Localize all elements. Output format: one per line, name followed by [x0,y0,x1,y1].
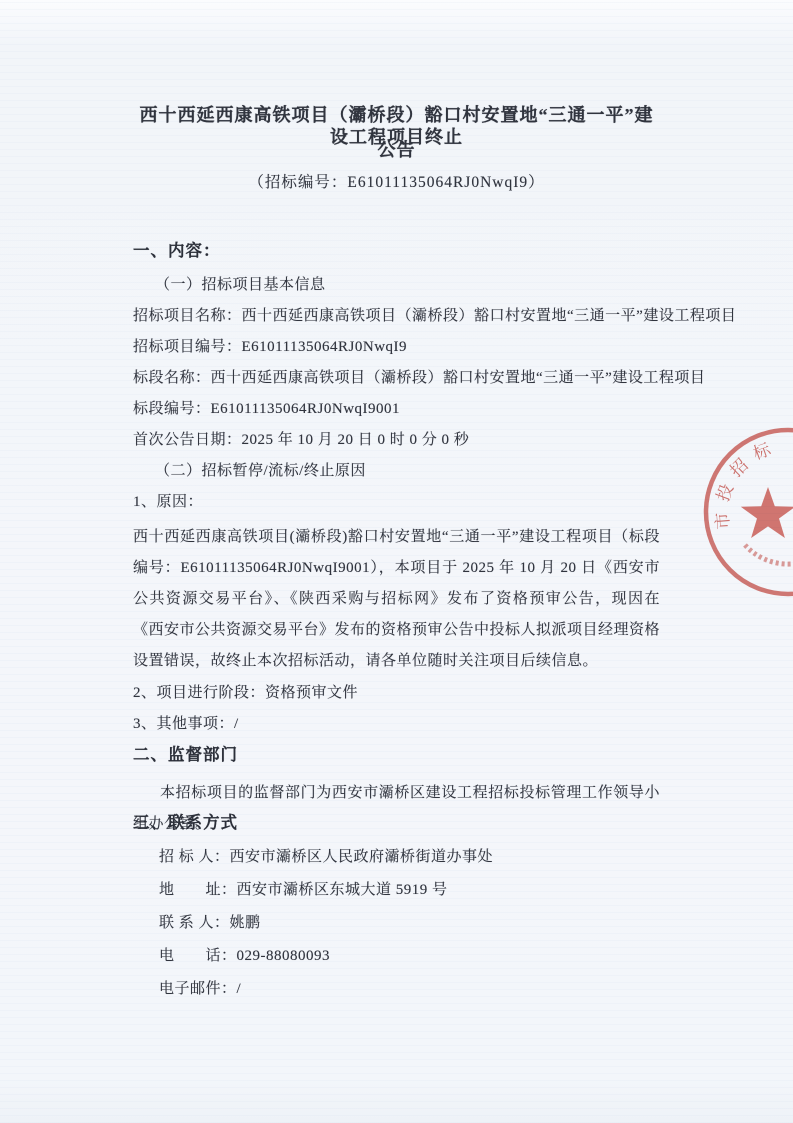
bid-number-line: （招标编号：E61011135064RJ0NwqI9） [133,172,660,194]
star-icon [741,487,793,538]
contact-row-address: 地 址：西安市灞桥区东城大道 5919 号 [133,879,686,901]
contact-value: 西安市灞桥区人民政府灞桥街道办事处 [230,846,494,868]
field-section-number: 标段编号：E61011135064RJ0NwqI9001 [133,398,660,420]
field-project-number: 招标项目编号：E61011135064RJ0NwqI9 [133,336,660,358]
contact-label: 电 话： [159,945,237,967]
contact-value: / [237,978,242,1000]
contact-row-phone: 电 话：029-88080093 [133,945,686,967]
stamp-code-marks [745,545,793,564]
field-project-name: 招标项目名称：西十西延西康高铁项目（灞桥段）豁口村安置地“三通一平”建设工程项目 [133,305,660,327]
contact-row-bidder: 招 标 人：西安市灞桥区人民政府灞桥街道办事处 [133,846,686,868]
contact-value: 姚鹏 [230,912,261,934]
reason-label: 1、原因： [133,491,660,513]
field-first-announcement-date: 首次公告日期：2025 年 10 月 20 日 0 时 0 分 0 秒 [133,429,660,451]
section-supervision-heading: 二、监督部门 [133,744,660,766]
field-section-name: 标段名称：西十西延西康高铁项目（灞桥段）豁口村安置地“三通一平”建设工程项目 [133,367,660,389]
subsection-basic-info-heading: （一）招标项目基本信息 [133,274,682,296]
reason-paragraph: 西十西延西康高铁项目(灞桥段)豁口村安置地“三通一平”建设工程项目（标段编号：E… [133,522,660,677]
contact-label: 招 标 人： [159,846,230,868]
contact-row-person: 联 系 人：姚鹏 [133,912,686,934]
subsection-termination-reason-heading: （二）招标暂停/流标/终止原因 [133,460,682,482]
section-content-heading: 一、内容： [133,240,660,262]
section-contact-heading: 三、联系方式 [133,812,660,834]
contact-value: 西安市灞桥区东城大道 5919 号 [237,879,448,901]
official-seal-stamp: 市投招标 [698,423,793,613]
stage-line: 2、项目进行阶段：资格预审文件 [133,682,660,704]
document-page: 西十西延西康高铁项目（灞桥段）豁口村安置地“三通一平”建设工程项目终止 公告 （… [0,0,793,1123]
other-matters-line: 3、其他事项：/ [133,713,660,735]
contact-value: 029-88080093 [237,945,331,967]
contact-label: 地 址： [159,879,237,901]
contact-row-email: 电子邮件：/ [133,978,686,1000]
document-title-line2: 公告 [133,139,660,161]
contact-label: 电子邮件： [159,978,237,1000]
contact-label: 联 系 人： [159,912,230,934]
